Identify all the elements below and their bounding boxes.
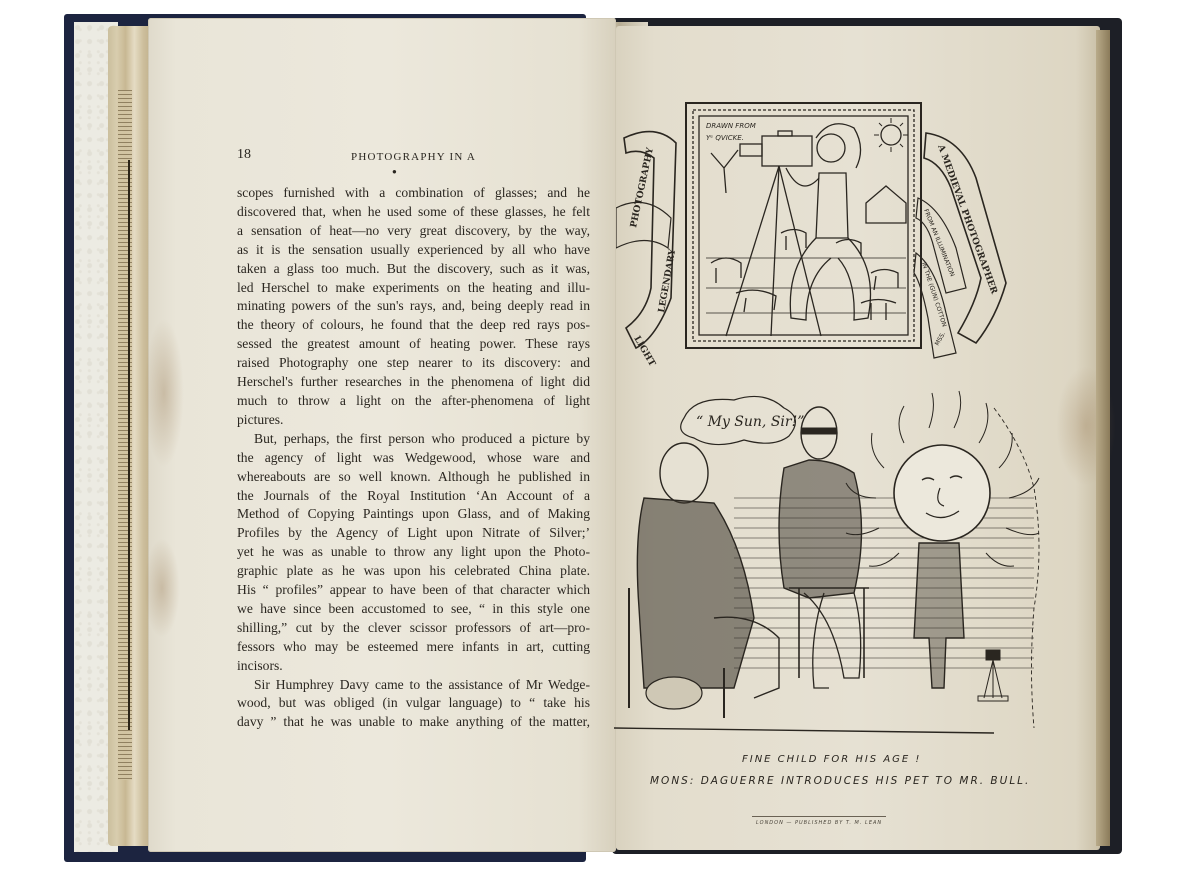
text-line: the Journals of the Royal Institution ‘A… [237, 487, 590, 506]
text-line: we have since been accustomed to see, “ … [237, 600, 590, 619]
illustration-daguerre-mr-bull: “ My Sun, Sir!” [614, 388, 1054, 743]
text-line: Profiles by the Agency of Light upon Nit… [237, 524, 590, 543]
text-line: whereabouts are so well known. Although … [237, 468, 590, 487]
right-banner-text-1: A MEDIEVAL PHOTOGRAPHER [935, 143, 999, 296]
text-line: the theory of colours, he found that the… [237, 316, 590, 335]
text-line: much to throw a light on the after-pheno… [237, 392, 590, 411]
page-edges-right [1096, 30, 1110, 846]
open-book: 18 PHOTOGRAPHY IN A ● scopes furnished w… [0, 0, 1200, 878]
text-line: taken a glass too much. But the discover… [237, 260, 590, 279]
text-line: His “ profiles” appear to have been of t… [237, 581, 590, 600]
running-head: 18 PHOTOGRAPHY IN A ● [237, 146, 590, 184]
imprint-rule [752, 816, 886, 817]
page-stain [144, 318, 184, 468]
text-line: wood, but was obliged (in vulgar languag… [237, 694, 590, 713]
text-line: scopes furnished with a combination of g… [237, 184, 590, 203]
text-line: incisors. [237, 657, 590, 676]
running-head-title: PHOTOGRAPHY IN A [237, 148, 590, 167]
text-line: shilling,” cut by the clever scissor pro… [237, 619, 590, 638]
right-banner-text-4: MSS. [934, 331, 947, 347]
text-line: the agency of light was Wedgewood, whose… [237, 449, 590, 468]
text-line: a sensation of heat—no very great discov… [237, 222, 590, 241]
text-line: But, perhaps, the first person who produ… [237, 430, 590, 449]
frame-label-1: DRAWN FROM [706, 122, 756, 130]
imprint-text: LONDON — PUBLISHED BY T. M. LEAN [756, 820, 882, 826]
frame-label-2: Yᵉ QVICKE. [706, 134, 744, 142]
text-line: yet he was as unable to throw any light … [237, 543, 590, 562]
body-text: scopes furnished with a combination of g… [237, 184, 590, 732]
text-line: sessed the greatest amount of heating po… [237, 335, 590, 354]
text-line: davy ” that he was unable to make anythi… [237, 713, 590, 732]
ink-dot: ● [392, 163, 397, 182]
caption-line-2: MONS: DAGUERRE INTRODUCES HIS PET TO MR.… [650, 775, 1030, 787]
text-line: Method of Copying Paintings upon Glass, … [237, 505, 590, 524]
text-line: Herschel's further researches in the phe… [237, 373, 590, 392]
text-line: pictures. [237, 411, 590, 430]
speech-bubble-text: “ My Sun, Sir!” [696, 414, 804, 430]
text-line: as it is the sensation usually experienc… [237, 241, 590, 260]
text-line: minating powers of the sun's rays, and, … [237, 297, 590, 316]
text-line: led Herschel to make experiments on the … [237, 279, 590, 298]
illustration-medieval-photographer: DRAWN FROM Yᵉ QVICKE. PHOTOGRAPHY LEGEND… [616, 98, 1016, 368]
right-banner-text-3: IN THE (GUN) COTTON [920, 261, 948, 327]
left-banner-text-4: LIGHT [631, 335, 657, 369]
caption-line-1: FINE CHILD FOR HIS AGE ! [742, 754, 921, 765]
text-line: raised Photography one step nearer to it… [237, 354, 590, 373]
left-banner-text-3: LEGENDARY [657, 248, 678, 314]
page-text: 18 PHOTOGRAPHY IN A ● scopes furnished w… [237, 146, 590, 732]
text-line: Sir Humphrey Davy came to the assistance… [237, 676, 590, 695]
text-line: discovered that, when he used some of th… [237, 203, 590, 222]
ruler-line [128, 160, 130, 730]
text-line: graphic plate as he was upon his celebra… [237, 562, 590, 581]
page-stain [144, 538, 180, 638]
text-line: fessors who may be esteemed mere infants… [237, 638, 590, 657]
